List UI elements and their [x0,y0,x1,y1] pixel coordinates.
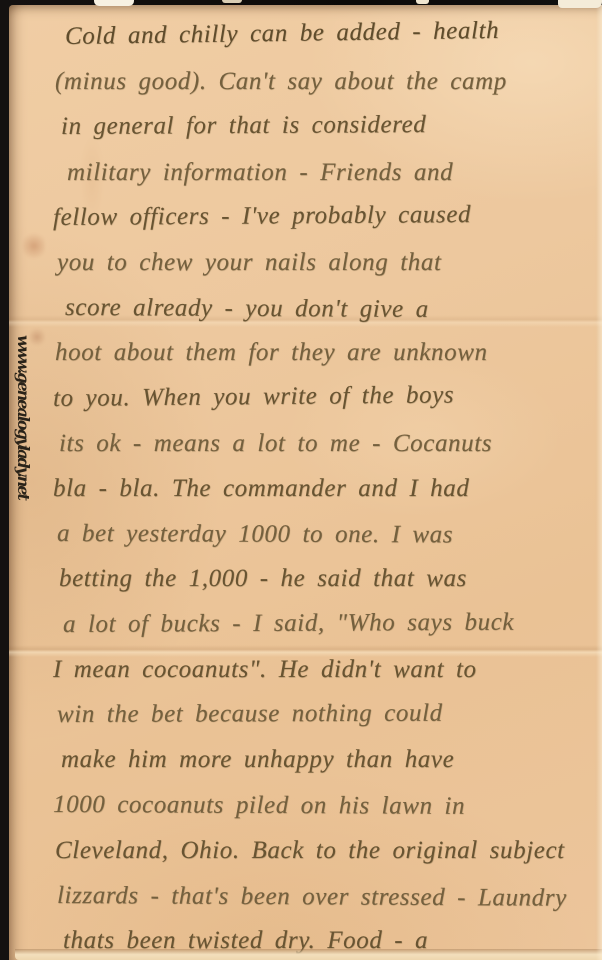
handwritten-line: military information - Friends and [67,150,598,195]
handwritten-line: to you. When you write of the boys [53,371,598,421]
handwritten-line: fellow officers - I've probably caused [53,191,598,240]
scanner-edge-glint [222,0,242,3]
handwritten-line: a lot of bucks - I said, "Who says buck [63,599,598,647]
letter-paper: Cold and chilly can be added - health(mi… [9,5,602,960]
scanner-edge-glint [94,0,134,6]
age-stain [23,231,45,261]
handwritten-line: you to chew your nails along that [57,240,598,285]
page-bottom-edge [15,949,602,960]
scanned-letter-page: Cold and chilly can be added - health(mi… [0,0,602,960]
handwritten-line: lizzards - that's been over stressed - L… [57,873,598,921]
scanner-edge-glint [558,0,602,8]
handwritten-line: bla - bla. The commander and I had [53,466,598,511]
handwritten-line: win the bet because nothing could [57,690,598,737]
handwritten-line: its ok - means a lot to me - Cocanuts [59,421,598,466]
scanner-edge-glint [416,0,429,4]
handwritten-line: in general for that is considered [61,102,598,150]
handwritten-line: I mean cocoanuts". He didn't want to [53,647,598,692]
handwritten-line: Cold and chilly can be added - health [65,7,599,60]
handwritten-line: (minus good). Can't say about the camp [55,59,598,104]
page-right-edge [596,5,602,960]
watermark-text: www.genealogylady.net [14,335,33,499]
handwritten-line: a bet yesterday 1000 to one. I was [57,511,598,558]
handwritten-line: betting the 1,000 - he said that was [59,556,598,601]
handwritten-line: hoot about them for they are unknown [55,330,598,375]
handwritten-line: make him more unhappy than have [61,737,598,782]
handwritten-line: Cleveland, Ohio. Back to the original su… [55,828,598,873]
letter-body: Cold and chilly can be added - health(mi… [53,14,598,960]
handwritten-line: 1000 cocoanuts piled on his lawn in [53,782,598,830]
handwritten-line: score already - you don't give a [65,285,598,333]
